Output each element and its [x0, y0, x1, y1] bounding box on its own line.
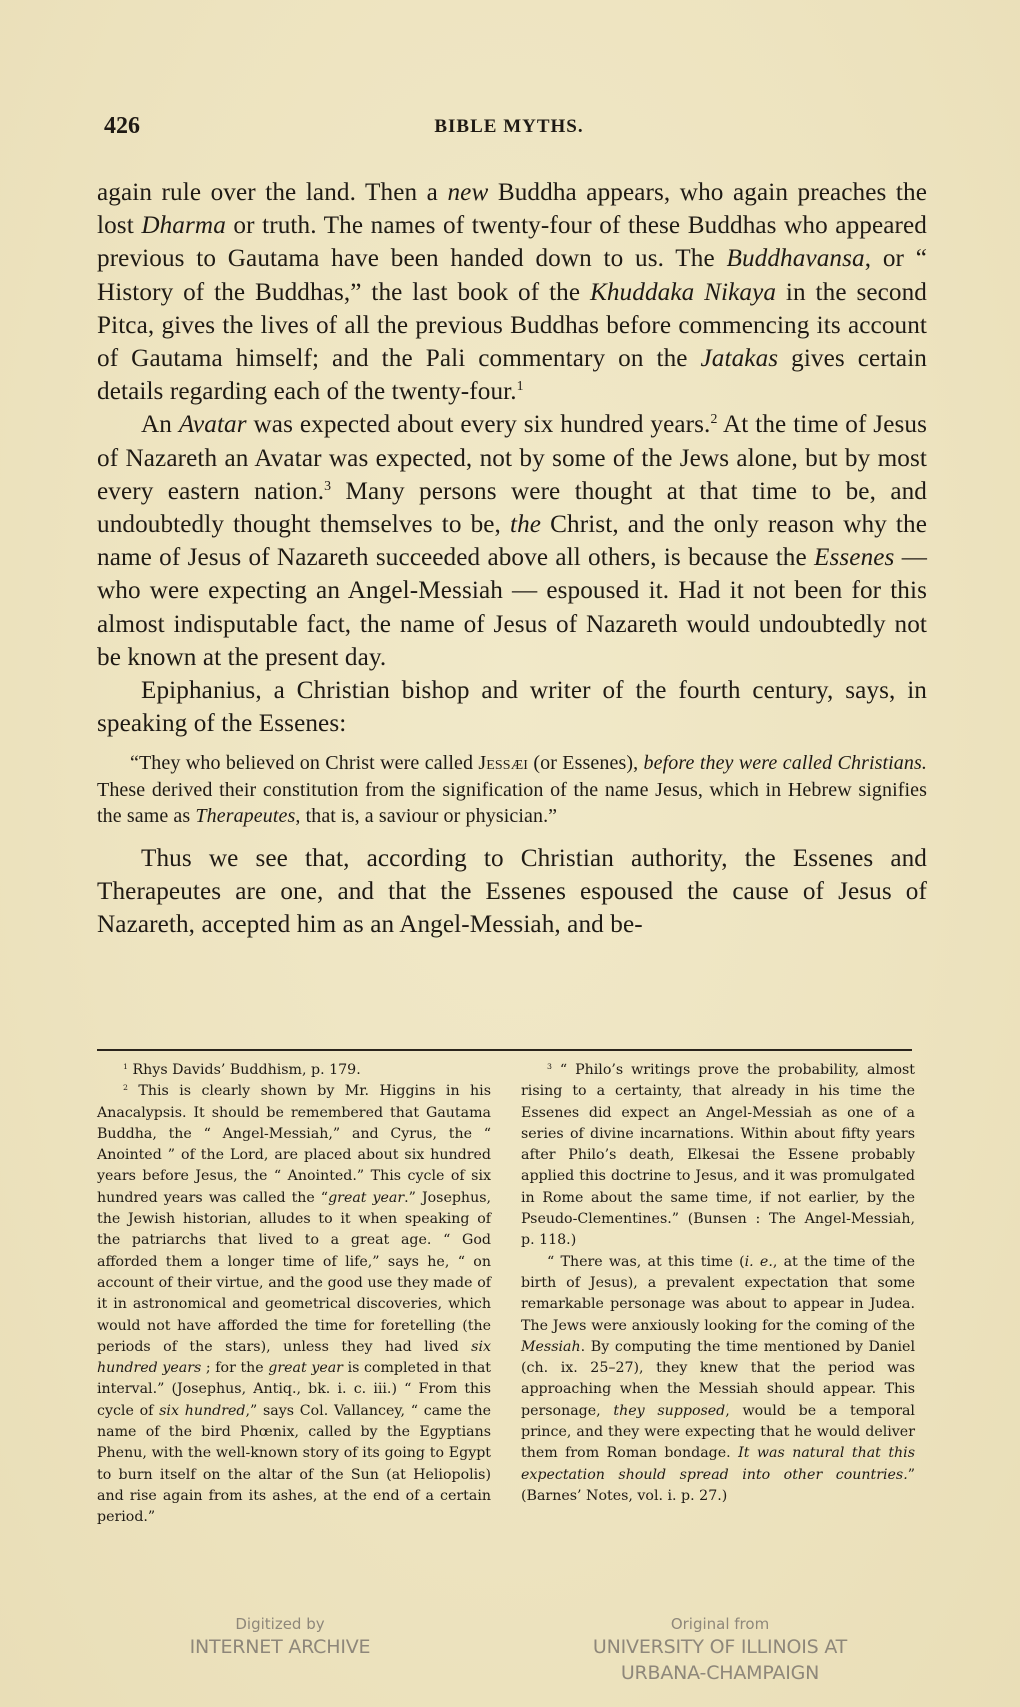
footnote-divider [97, 1049, 912, 1051]
running-title: BIBLE MYTHS. [104, 116, 914, 138]
footnotes-left-column: 1 Rhys Davids’ Buddhism, p. 179. 2 This … [97, 1060, 491, 1529]
paragraph-2: An Avatar was expected about every six h… [97, 408, 927, 674]
original-from-watermark: Original from UNIVERSITY OF ILLINOIS AT … [570, 1614, 870, 1686]
digitized-by-watermark: Digitized by INTERNET ARCHIVE [170, 1614, 390, 1660]
page-header: 426 BIBLE MYTHS. [104, 113, 914, 143]
footnote-1: 1 Rhys Davids’ Buddhism, p. 179. [97, 1060, 491, 1081]
block-quote: “They who believed on Christ were called… [97, 750, 927, 830]
footnote-ref-1[interactable]: 1 [517, 378, 524, 393]
paragraph-4: Thus we see that, according to Christian… [97, 842, 927, 942]
main-text: again rule over the land. Then a new Bud… [97, 176, 927, 942]
footnote-3-continued: “ There was, at this time (i. e., at the… [521, 1252, 915, 1508]
paragraph-1: again rule over the land. Then a new Bud… [97, 176, 927, 408]
footnote-2: 2 This is clearly shown by Mr. Higgins i… [97, 1081, 491, 1528]
footnotes: 1 Rhys Davids’ Buddhism, p. 179. 2 This … [97, 1060, 915, 1529]
footnote-3: 3 “ Philo’s writings prove the probabili… [521, 1060, 915, 1252]
footnotes-right-column: 3 “ Philo’s writings prove the probabili… [521, 1060, 915, 1529]
paragraph-3: Epiphanius, a Christian bishop and write… [97, 674, 927, 740]
